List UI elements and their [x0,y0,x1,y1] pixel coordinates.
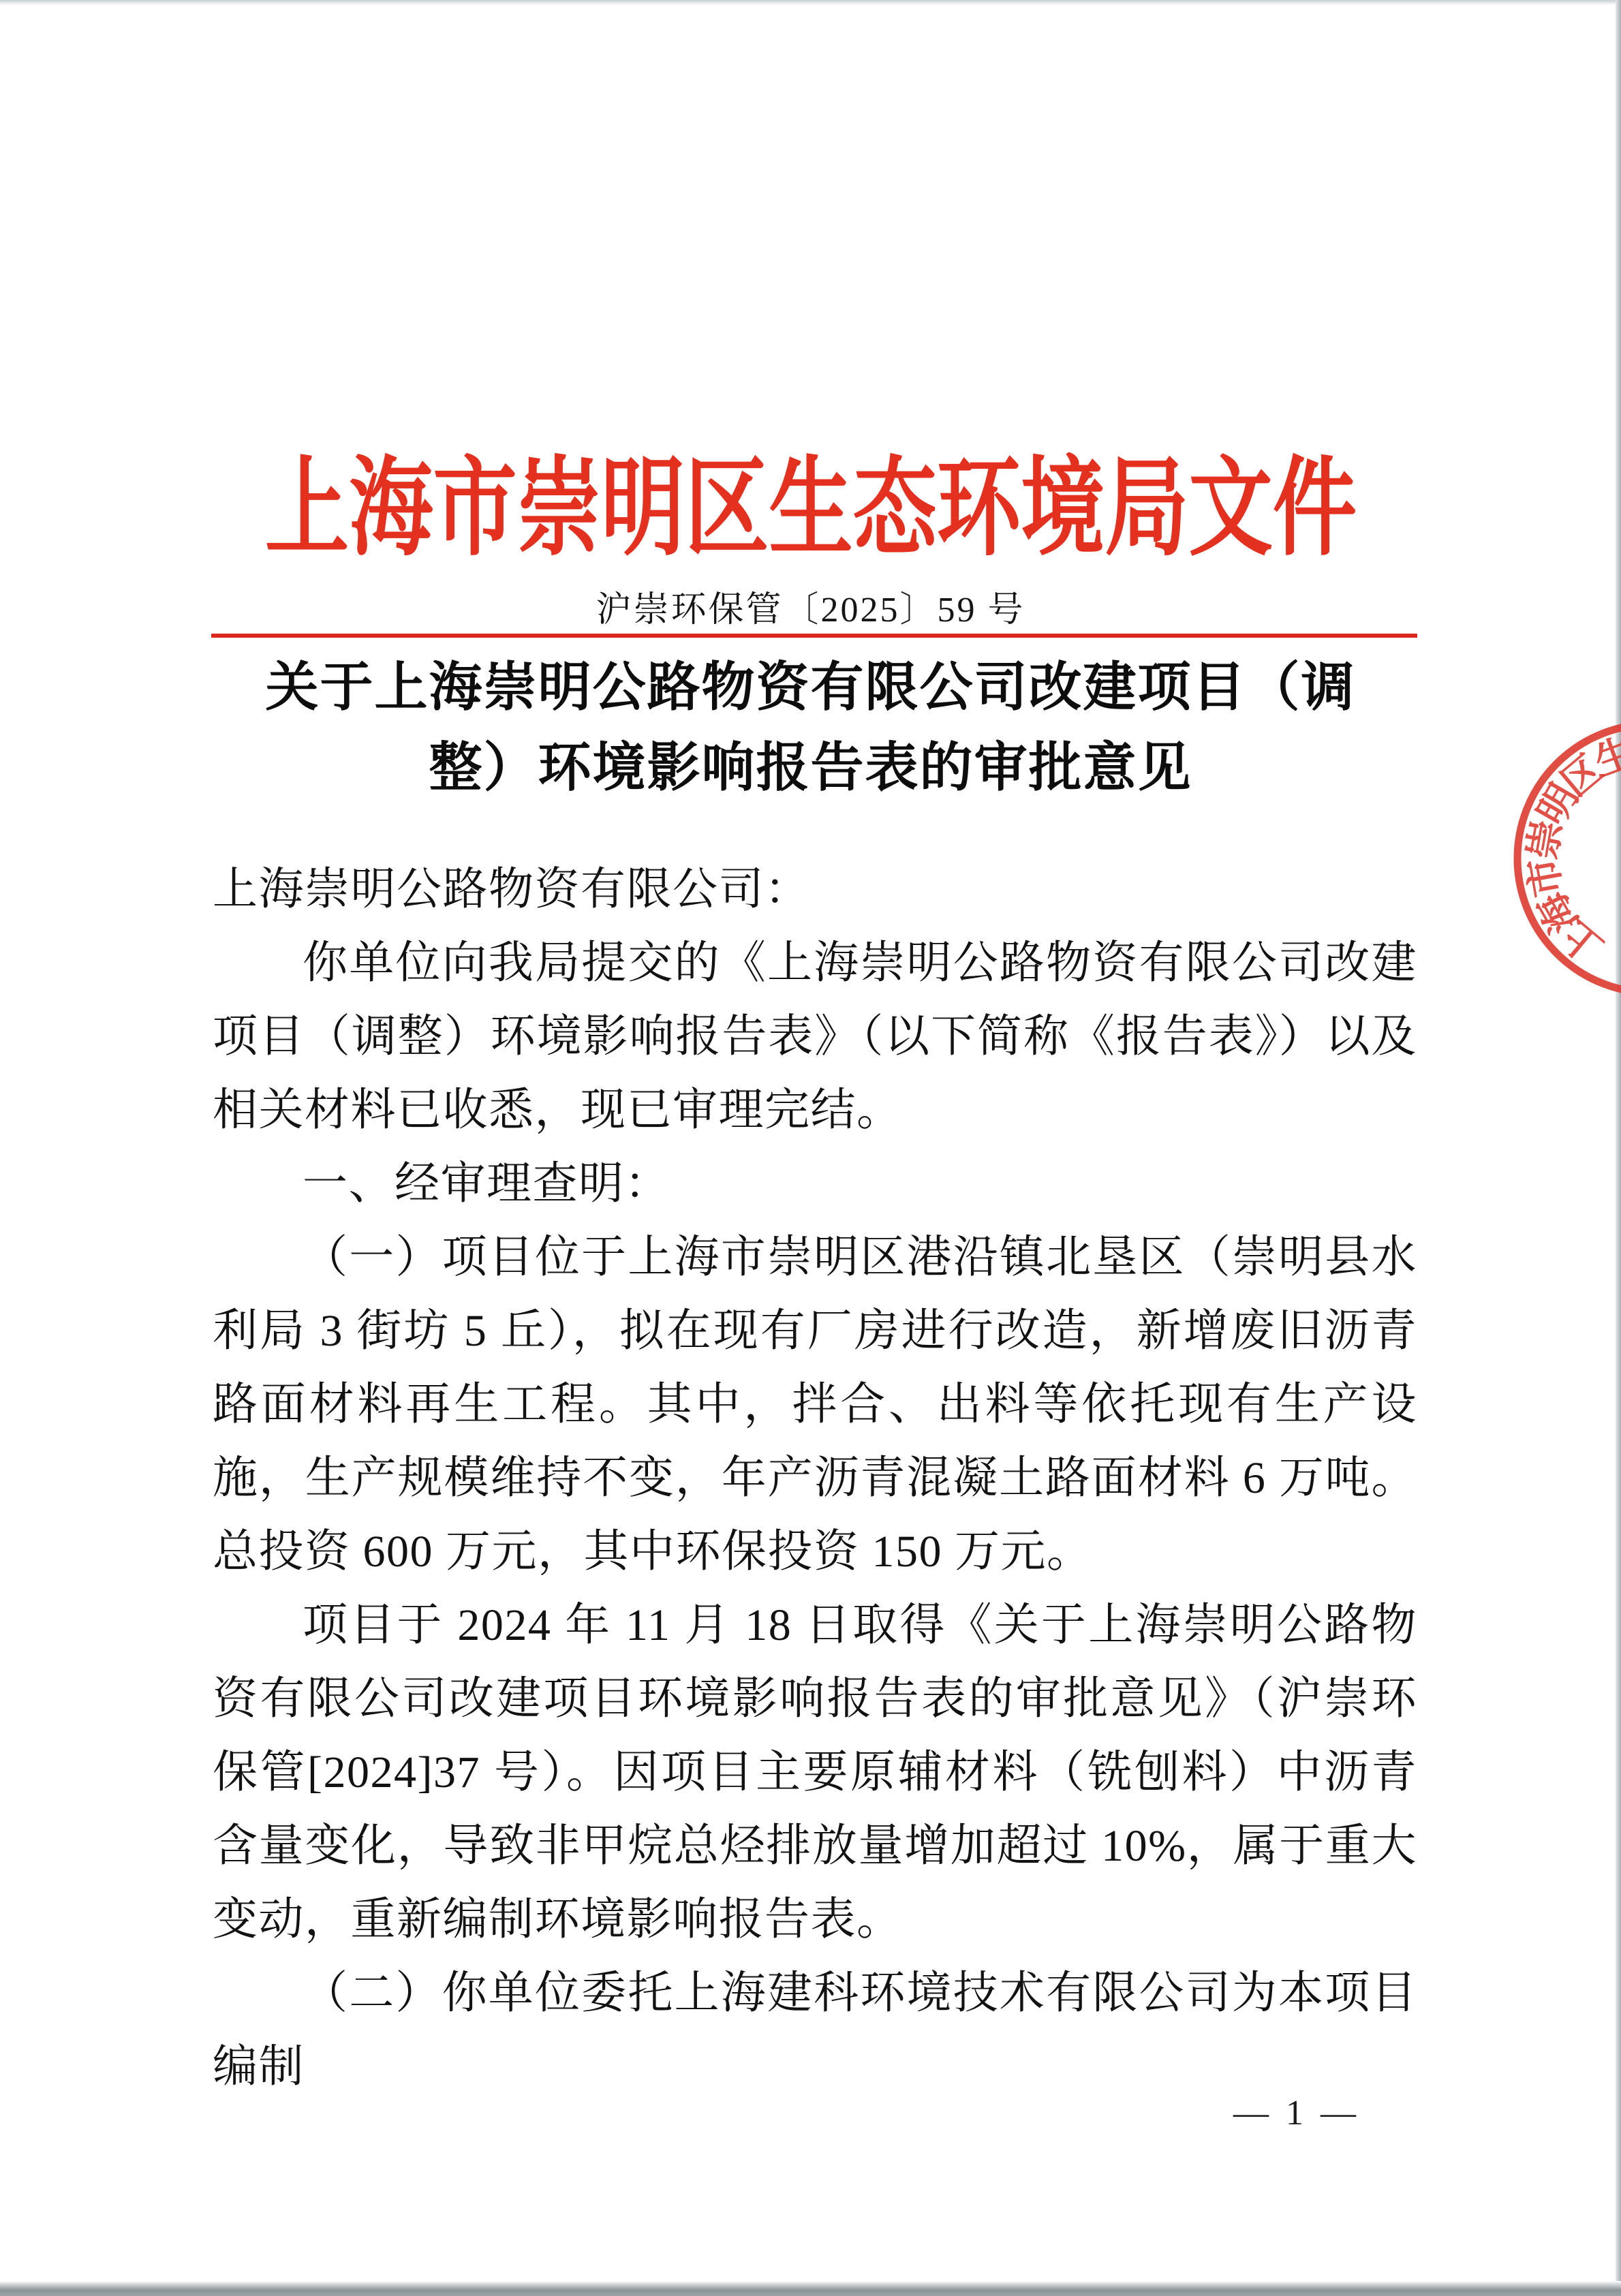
doc-title-line-2: 整）环境影响报告表的审批意见 [102,728,1519,808]
doc-title: 关于上海崇明公路物资有限公司改建项目（调 整）环境影响报告表的审批意见 [102,647,1519,808]
body-paragraph: （二）你单位委托上海建科环境技术有限公司为本项目编制 [213,1957,1417,2104]
page-edge-right [1616,0,1621,2296]
body-paragraph: 你单位向我局提交的《上海崇明公路物资有限公司改建项目（调整）环境影响报告表》（以… [213,927,1417,1147]
body-paragraph: 项目于 2024 年 11 月 18 日取得《关于上海崇明公路物资有限公司改建项… [213,1589,1417,1957]
red-rule [211,634,1417,638]
agency-title: 上海市崇明区生态环境局文件 [0,450,1621,570]
document-page: 上海市崇明区生态环境局文件 沪崇环保管〔2025〕59 号 关于上海崇明公路物资… [0,0,1621,2296]
body-paragraph: 一、经审理查明： [213,1147,1417,1221]
page-edge-bottom [0,2281,1621,2296]
salutation: 上海崇明公路物资有限公司： [213,853,1417,927]
doc-number: 沪崇环保管〔2025〕59 号 [0,580,1621,632]
doc-title-line-1: 关于上海崇明公路物资有限公司改建项目（调 [102,647,1519,728]
page-edge-top [0,0,1621,5]
document-body: 上海崇明公路物资有限公司： 你单位向我局提交的《上海崇明公路物资有限公司改建项目… [213,853,1417,2104]
body-paragraph: （一）项目位于上海市崇明区港沿镇北垦区（崇明县水利局 3 街坊 5 丘），拟在现… [213,1221,1417,1589]
agency-title-text: 上海市崇明区生态环境局文件 [264,450,1356,570]
official-seal: 上海市崇明区生 [1505,712,1621,1005]
page-number: — 1 — [1233,2093,1360,2133]
